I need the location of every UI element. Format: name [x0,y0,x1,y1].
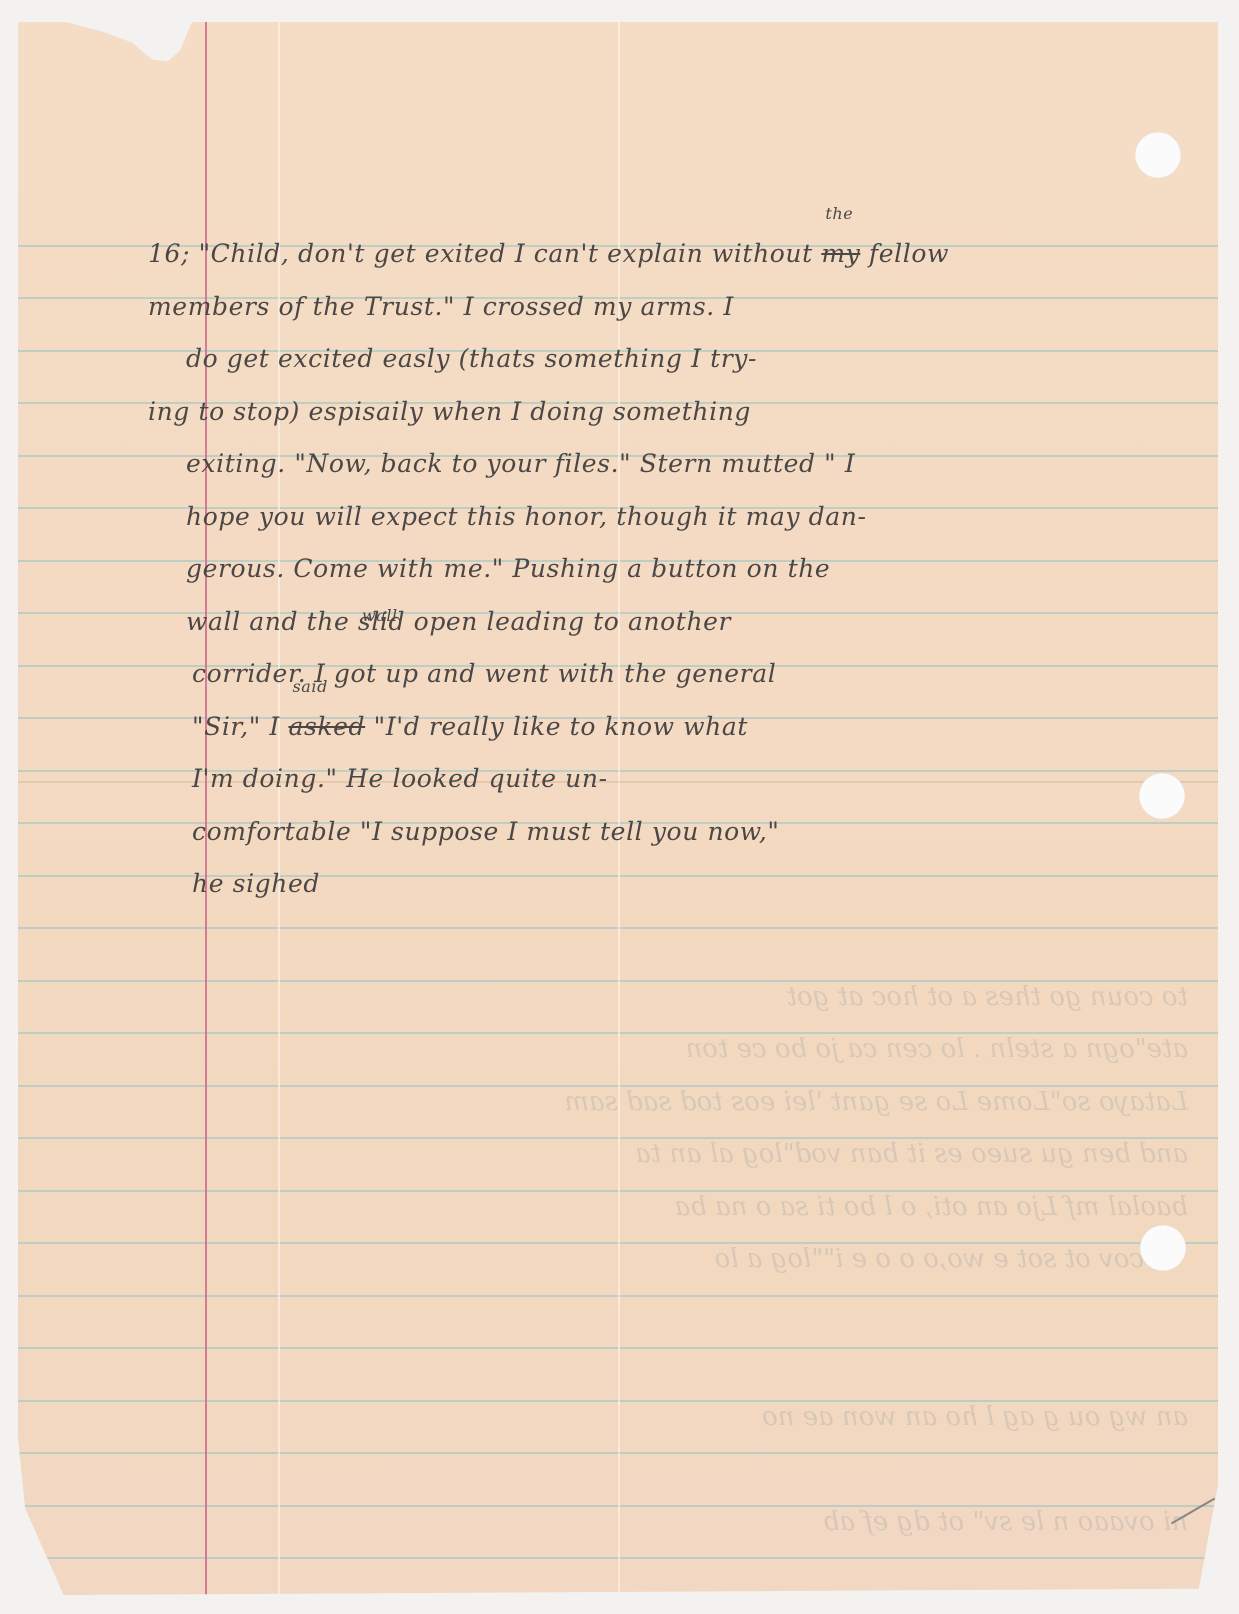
text-line: I'm doing." He looked quite un- [148,753,1158,806]
inserted-word: the [825,206,853,222]
bleed-through-text: Latayo so"Lome Lo se gant 'lei eos tod s… [48,1087,1188,1117]
inserted-word: wall [362,608,398,624]
bleed-through-text: ate"ogn a steln . lo cen ca jo bo ce ton [48,1034,1188,1064]
text-line: wall and the wallslid open leading to an… [148,596,1158,649]
struck-word: asked [288,712,365,741]
text-segment: fellow [860,239,949,268]
text-line: he sighed [148,858,1158,911]
text-line: hope you will expect this honor, though … [148,491,1158,544]
text-line: exiting. "Now, back to your files." Ster… [148,438,1158,491]
text-segment: "Sir," I [192,712,288,741]
bleed-through-text: an wg ou g ag l ho an won ae no [48,1402,1188,1432]
text-segment: "I'd really like to know what [365,712,748,741]
correction: saidasked [288,701,365,754]
text-line: members of the Trust." I crossed my arms… [148,281,1158,334]
text-line: "Sir," I saidasked "I'd really like to k… [148,701,1158,754]
text-line: do get excited easly (thats something I … [148,333,1158,386]
bleed-through-text: and ben gu sueo es it ban vod"log al an … [48,1139,1188,1169]
correction: themy [821,228,860,281]
punch-hole-bottom [1140,1225,1186,1271]
struck-word: my [821,239,860,268]
text-line: gerous. Come with me." Pushing a button … [148,543,1158,596]
bleed-through-text: to coun go thes a ot hoc at got [48,982,1188,1012]
text-line: ing to stop) espisaily when I doing some… [148,386,1158,439]
bleed-through-text: ni ovaao n le sv" ot dg ef ab [48,1507,1188,1537]
bleed-through-text: baolal mf Ljo an oti, o l bo ti sa o na … [48,1192,1188,1222]
text-line: 16; "Child, don't get exited I can't exp… [148,228,1158,281]
punch-hole-top [1135,132,1181,178]
text-segment: slid open leading to another [358,607,731,636]
text-line: comfortable "I suppose I must tell you n… [148,806,1158,859]
inserted-word: said [292,679,328,695]
handwritten-text: 16; "Child, don't get exited I can't exp… [148,228,1158,911]
bleed-through-text: "al cov ot sot e wo,o o o e i""log a lo [48,1244,1188,1274]
text-segment: 16; "Child, don't get exited I can't exp… [148,239,821,268]
text-segment: wall and the [186,607,358,636]
